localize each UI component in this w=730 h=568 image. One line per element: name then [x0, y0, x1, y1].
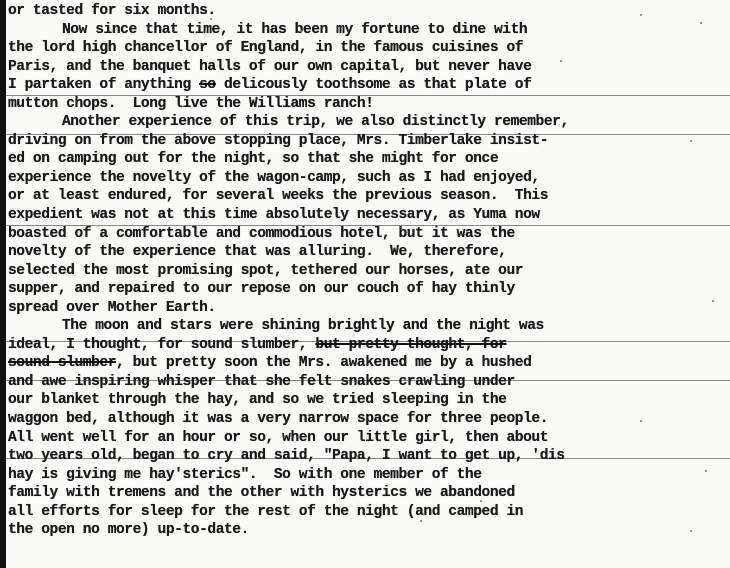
text-segment: novelty of the experience that was allur… — [8, 244, 506, 260]
text-segment: I partaken of anything — [8, 77, 199, 93]
text-line: and awe inspiring whisper that she felt … — [8, 373, 730, 392]
scan-speck — [300, 30, 302, 32]
text-line: all efforts for sleep for the rest of th… — [8, 503, 730, 522]
scan-speck — [480, 500, 482, 502]
text-line: family with tremens and the other with h… — [8, 484, 730, 503]
text-segment: all efforts for sleep for the rest of th… — [8, 504, 523, 520]
text-line: waggon bed, although it was a very narro… — [8, 410, 730, 429]
scan-speck — [700, 22, 702, 24]
text-segment: hay is giving me hay'sterics". So with o… — [8, 467, 482, 483]
text-line: supper, and repaired to our repose on ou… — [8, 280, 730, 299]
struck-out-text: so — [199, 77, 216, 93]
struck-out-text: but pretty thought, for — [315, 337, 506, 353]
text-segment: The moon and stars were shining brightly… — [62, 318, 544, 334]
text-segment: two years old, began to cry and said, "P… — [8, 448, 565, 464]
document-body-text: or tasted for six months.Now since that … — [8, 2, 730, 540]
text-line: selected the most promising spot, tether… — [8, 262, 730, 281]
text-line: I partaken of anything so delicously too… — [8, 76, 730, 95]
text-line: Paris, and the banquet halls of our own … — [8, 58, 730, 77]
text-line: or tasted for six months. — [8, 2, 730, 21]
text-segment: supper, and repaired to our repose on ou… — [8, 281, 515, 297]
text-line: Another experience of this trip, we also… — [8, 113, 730, 132]
text-segment: selected the most promising spot, tether… — [8, 263, 523, 279]
text-line: ed on camping out for the night, so that… — [8, 150, 730, 169]
text-segment: Now since that time, it has been my fort… — [62, 22, 527, 38]
scan-speck — [395, 470, 397, 472]
scan-speck — [560, 60, 562, 62]
scan-speck — [420, 520, 422, 522]
text-segment: ideal, I thought, for sound slumber, — [8, 337, 315, 353]
scan-speck — [640, 420, 642, 422]
scan-speck — [250, 250, 252, 252]
text-segment: boasted of a comfortable and commodious … — [8, 226, 515, 242]
text-line: experience the novelty of the wagon-camp… — [8, 169, 730, 188]
text-line: the lord high chancellor of England, in … — [8, 39, 730, 58]
text-segment: delicously toothsome as that plate of — [216, 77, 532, 93]
scan-speck — [640, 14, 642, 16]
scan-speck — [712, 300, 714, 302]
text-segment: Paris, and the banquet halls of our own … — [8, 59, 531, 75]
text-segment: driving on from the above stopping place… — [8, 133, 548, 149]
text-segment: family with tremens and the other with h… — [8, 485, 515, 501]
text-line: the open no more) up-to-date. — [8, 521, 730, 540]
text-segment: All went well for an hour or so, when ou… — [8, 430, 548, 446]
text-segment: waggon bed, although it was a very narro… — [8, 411, 548, 427]
text-segment: or tasted for six months. — [8, 3, 216, 19]
scan-speck — [705, 470, 707, 472]
text-line: hay is giving me hay'sterics". So with o… — [8, 466, 730, 485]
scan-speck — [210, 18, 212, 20]
text-segment: ed on camping out for the night, so that… — [8, 151, 498, 167]
scan-speck — [690, 530, 692, 532]
scan-speck — [690, 140, 692, 142]
text-line: sound slumber, but pretty soon the Mrs. … — [8, 354, 730, 373]
text-line: ideal, I thought, for sound slumber, but… — [8, 336, 730, 355]
typewritten-page-scan: or tasted for six months.Now since that … — [0, 0, 730, 568]
text-segment: mutton chops. Long live the Williams ran… — [8, 96, 374, 112]
text-segment: experience the novelty of the wagon-camp… — [8, 170, 540, 186]
text-segment: expedient was not at this time absolutel… — [8, 207, 540, 223]
text-line: spread over Mother Earth. — [8, 299, 730, 318]
text-line: expedient was not at this time absolutel… — [8, 206, 730, 225]
text-line: The moon and stars were shining brightly… — [8, 317, 730, 336]
text-segment: or at least endured, for several weeks t… — [8, 188, 548, 204]
text-line: driving on from the above stopping place… — [8, 132, 730, 151]
struck-out-text: sound slumber — [8, 355, 116, 371]
text-line: or at least endured, for several weeks t… — [8, 187, 730, 206]
text-segment: the lord high chancellor of England, in … — [8, 40, 523, 56]
scan-left-border — [0, 0, 6, 568]
text-line: boasted of a comfortable and commodious … — [8, 225, 730, 244]
text-segment: the open no more) up-to-date. — [8, 522, 249, 538]
text-segment: and awe inspiring whisper that she felt … — [8, 374, 515, 390]
text-segment: Another experience of this trip, we also… — [62, 114, 569, 130]
text-line: two years old, began to cry and said, "P… — [8, 447, 730, 466]
text-line: All went well for an hour or so, when ou… — [8, 429, 730, 448]
text-segment: spread over Mother Earth. — [8, 300, 216, 316]
text-line: novelty of the experience that was allur… — [8, 243, 730, 262]
text-segment: our blanket through the hay, and so we t… — [8, 392, 506, 408]
text-segment: , but pretty soon the Mrs. awakened me b… — [116, 355, 531, 371]
text-line: Now since that time, it has been my fort… — [8, 21, 730, 40]
text-line: mutton chops. Long live the Williams ran… — [8, 95, 730, 114]
text-line: our blanket through the hay, and so we t… — [8, 391, 730, 410]
